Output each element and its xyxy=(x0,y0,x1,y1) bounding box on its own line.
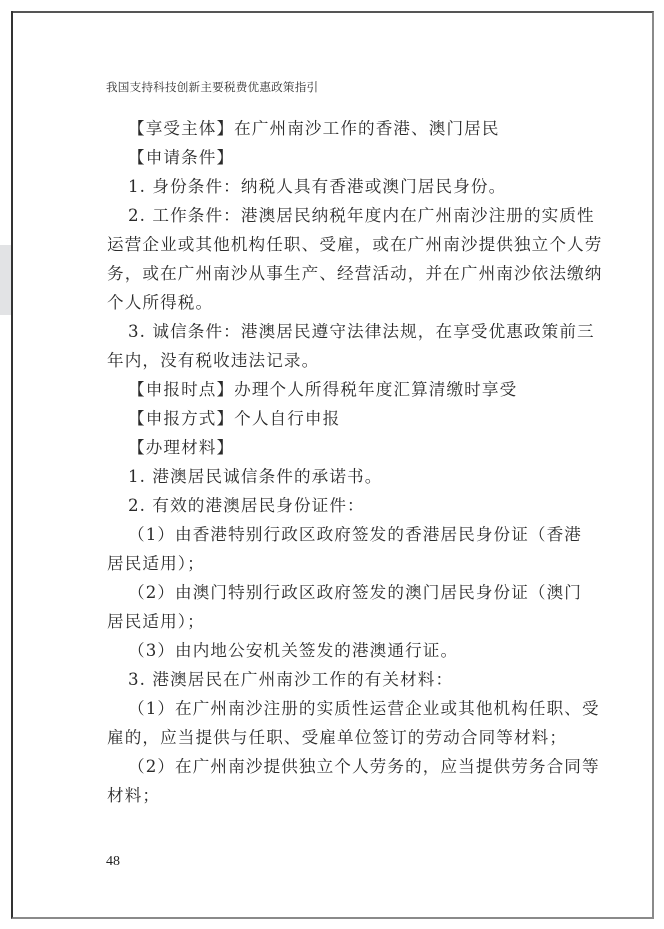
line-materials-heading: 【办理材料】 xyxy=(107,433,559,462)
line-condition-1: 1. 身份条件：纳税人具有香港或澳门居民身份。 xyxy=(107,172,559,201)
line-material-2-1: （1）由香港特别行政区政府签发的香港居民身份证（香港 xyxy=(107,520,559,549)
line-material-1: 1. 港澳居民诚信条件的承诺书。 xyxy=(107,462,559,491)
line-filing-time: 【申报时点】办理个人所得税年度汇算清缴时享受 xyxy=(107,375,559,404)
body-text: 【享受主体】在广州南沙工作的香港、澳门居民 【申请条件】 1. 身份条件：纳税人… xyxy=(107,114,559,810)
line-beneficiary: 【享受主体】在广州南沙工作的香港、澳门居民 xyxy=(107,114,559,143)
line-condition-2-cont: 运营企业或其他机构任职、受雇，或在广州南沙提供独立个人劳 xyxy=(107,230,559,259)
line-material-2-2: （2）由澳门特别行政区政府签发的澳门居民身份证（澳门 xyxy=(107,578,559,607)
line-material-2-1-cont: 居民适用）； xyxy=(107,549,559,578)
line-material-3-1: （1）在广州南沙注册的实质性运营企业或其他机构任职、受 xyxy=(107,694,559,723)
line-material-2-2-cont: 居民适用）； xyxy=(107,607,559,636)
line-material-3-1-cont: 雇的，应当提供与任职、受雇单位签订的劳动合同等材料； xyxy=(107,723,559,752)
line-filing-method: 【申报方式】个人自行申报 xyxy=(107,404,559,433)
line-material-2: 2. 有效的港澳居民身份证件： xyxy=(107,491,559,520)
line-material-3: 3. 港澳居民在广州南沙工作的有关材料： xyxy=(107,665,559,694)
line-condition-3: 3. 诚信条件：港澳居民遵守法律法规，在享受优惠政策前三 xyxy=(107,317,559,346)
line-conditions-heading: 【申请条件】 xyxy=(107,143,559,172)
page-left-edge xyxy=(11,11,13,917)
line-condition-3-cont: 年内，没有税收违法记录。 xyxy=(107,346,559,375)
line-material-3-2: （2）在广州南沙提供独立个人劳务的，应当提供劳务合同等 xyxy=(107,752,559,781)
running-head: 我国支持科技创新主要税费优惠政策指引 xyxy=(106,79,318,95)
line-condition-2: 2. 工作条件：港澳居民纳税年度内在广州南沙注册的实质性 xyxy=(107,201,559,230)
page-number: 48 xyxy=(106,854,120,870)
line-condition-2-cont: 务，或在广州南沙从事生产、经营活动，并在广州南沙依法缴纳 xyxy=(107,259,559,288)
line-material-2-3: （3）由内地公安机关签发的港澳通行证。 xyxy=(107,636,559,665)
line-material-3-2-cont: 材料； xyxy=(107,781,559,810)
line-condition-2-cont: 个人所得税。 xyxy=(107,288,559,317)
